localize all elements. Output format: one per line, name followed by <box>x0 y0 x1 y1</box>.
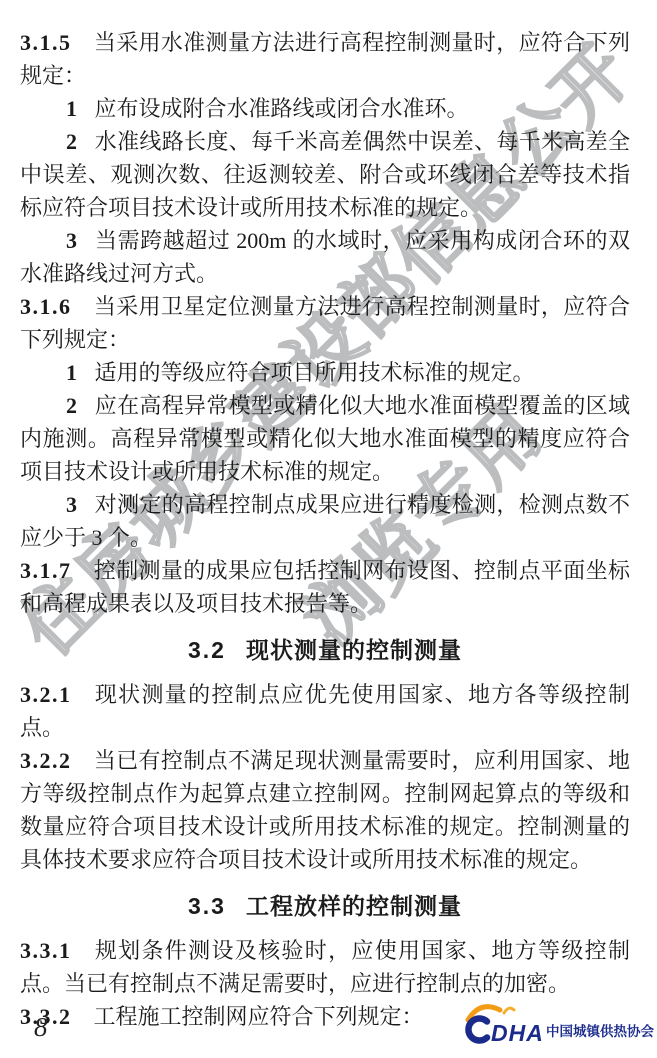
paragraph-text: 水准线路长度、每千米高差偶然中误差、每千米高差全中误差、观测次数、往返测较差、附… <box>20 129 630 220</box>
logo-small-arc <box>504 1008 514 1013</box>
numbered-subitem: 2水准线路长度、每千米高差偶然中误差、每千米高差全中误差、观测次数、往返测较差、… <box>20 125 630 224</box>
paragraph-text: 应布设成附合水准路线或闭合水准环。 <box>95 96 469 121</box>
logo-org-name: 中国城镇供热协会 <box>546 1023 654 1039</box>
clause-paragraph: 3.1.7控制测量的成果应包括控制网布设图、控制点平面坐标和高程成果表以及项目技… <box>20 554 630 620</box>
association-logo: DHA 中国城镇供热协会 <box>464 1002 650 1048</box>
section-heading: 3.3工程放样的控制测量 <box>20 890 630 923</box>
paragraph-text: 当已有控制点不满足现状测量需要时，应利用国家、地方等级控制点作为起算点建立控制网… <box>20 748 630 872</box>
paragraph-text: 当需跨越超过 200m 的水域时，应采用构成闭合环的双水准路线过河方式。 <box>20 228 630 286</box>
clause-paragraph: 3.2.1现状测量的控制点应优先使用国家、地方各等级控制点。 <box>20 678 630 744</box>
logo-acronym: DHA <box>491 1020 544 1046</box>
subitem-number: 1 <box>66 96 79 121</box>
numbered-subitem: 1适用的等级应符合项目所用技术标准的规定。 <box>20 356 630 389</box>
section-number: 3.3 <box>188 893 226 919</box>
subitem-number: 3 <box>66 492 79 517</box>
paragraph-text: 应在高程异常模型或精化似大地水准面模型覆盖的区域内施测。高程异常模型或精化似大地… <box>20 393 630 484</box>
clause-number: 3.1.6 <box>20 294 72 319</box>
clause-paragraph: 3.3.1规划条件测设及核验时，应使用国家、地方等级控制点。当已有控制点不满足需… <box>20 934 630 1000</box>
section-title: 工程放样的控制测量 <box>246 893 462 919</box>
clause-number: 3.1.7 <box>20 558 72 583</box>
document-page: 住房城乡建设部信息公开 浏览专用 3.1.5当采用水准测量方法进行高程控制测量时… <box>0 0 657 1058</box>
subitem-number: 2 <box>66 129 79 154</box>
numbered-subitem: 3当需跨越超过 200m 的水域时，应采用构成闭合环的双水准路线过河方式。 <box>20 224 630 290</box>
page-number: 8 <box>34 1012 48 1043</box>
paragraph-text: 对测定的高程控制点成果应进行精度检测，检测点数不应少于 3 个。 <box>20 492 630 550</box>
document-body: 3.1.5当采用水准测量方法进行高程控制测量时，应符合下列规定：1应布设成附合水… <box>20 26 630 1033</box>
clause-paragraph: 3.2.2当已有控制点不满足现状测量需要时，应利用国家、地方等级控制点作为起算点… <box>20 744 630 876</box>
numbered-subitem: 3对测定的高程控制点成果应进行精度检测，检测点数不应少于 3 个。 <box>20 488 630 554</box>
paragraph-text: 适用的等级应符合项目所用技术标准的规定。 <box>95 360 535 385</box>
subitem-number: 2 <box>66 393 79 418</box>
clause-number: 3.2.1 <box>20 682 72 707</box>
numbered-subitem: 2应在高程异常模型或精化似大地水准面模型覆盖的区域内施测。高程异常模型或精化似大… <box>20 389 630 488</box>
subitem-number: 1 <box>66 360 79 385</box>
paragraph-text: 控制测量的成果应包括控制网布设图、控制点平面坐标和高程成果表以及项目技术报告等。 <box>20 558 630 616</box>
paragraph-text: 工程施工控制网应符合下列规定： <box>94 1004 424 1029</box>
section-number: 3.2 <box>188 637 226 663</box>
subitem-number: 3 <box>66 228 79 253</box>
clause-number: 3.1.5 <box>20 30 72 55</box>
clause-paragraph: 3.1.6当采用卫星定位测量方法进行高程控制测量时，应符合下列规定： <box>20 290 630 356</box>
section-title: 现状测量的控制测量 <box>246 637 462 663</box>
numbered-subitem: 1应布设成附合水准路线或闭合水准环。 <box>20 92 630 125</box>
paragraph-text: 当采用水准测量方法进行高程控制测量时，应符合下列规定： <box>20 30 630 88</box>
logo-crescent <box>468 1019 487 1041</box>
paragraph-text: 现状测量的控制点应优先使用国家、地方各等级控制点。 <box>20 682 630 740</box>
clause-number: 3.3.1 <box>20 938 72 963</box>
paragraph-text: 当采用卫星定位测量方法进行高程控制测量时，应符合下列规定： <box>20 294 630 352</box>
clause-number: 3.2.2 <box>20 748 72 773</box>
section-heading: 3.2现状测量的控制测量 <box>20 634 630 667</box>
dha-logo-icon: DHA 中国城镇供热协会 <box>464 1002 650 1048</box>
clause-paragraph: 3.1.5当采用水准测量方法进行高程控制测量时，应符合下列规定： <box>20 26 630 92</box>
paragraph-text: 规划条件测设及核验时，应使用国家、地方等级控制点。当已有控制点不满足需要时，应进… <box>20 938 630 996</box>
